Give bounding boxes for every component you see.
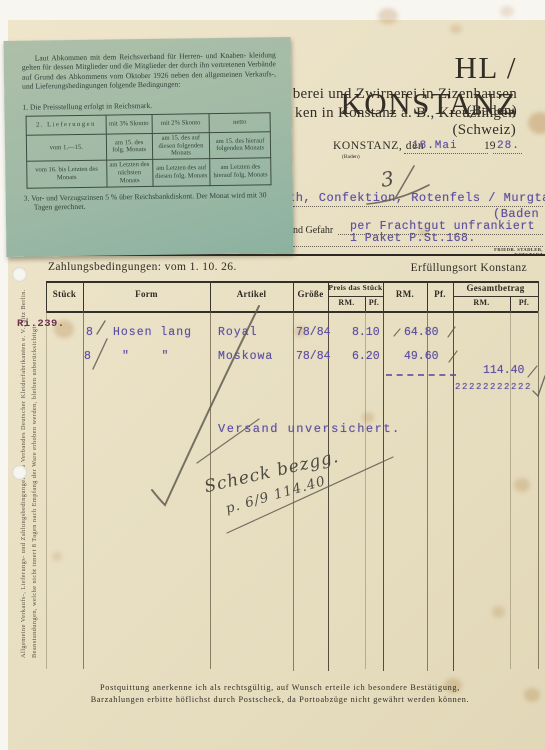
body-col-line	[427, 311, 428, 671]
col-header-form: Form	[83, 289, 210, 299]
recipient-line2-typed: (Baden	[493, 207, 539, 221]
recipient-line-typed: th, Confektion, Rotenfels / Murgtal	[288, 191, 545, 205]
body-col-line	[46, 311, 47, 669]
card-cell: am 15. des folg. Monats	[106, 133, 153, 159]
col-header-artikel: Artikel	[210, 289, 293, 299]
row2-unit-price: 6.20	[352, 350, 380, 363]
shipping-typed-2: 1 Paket P.St.168.	[350, 232, 476, 245]
date-day-month-typed: 18.Mai	[412, 140, 458, 152]
col-header-groesse: Größe	[293, 289, 328, 299]
punch-hole	[12, 465, 27, 480]
paper-stain	[450, 24, 462, 34]
body-col-line	[538, 311, 539, 669]
row2-quantity: 8	[84, 350, 91, 363]
card-cell: am 15. des hierauf folgenden Monats	[210, 132, 271, 159]
row2-amount: 49.60	[404, 350, 439, 363]
row1-amount: 64.80	[404, 326, 439, 339]
row1-size: 78/84	[296, 326, 331, 339]
row2-size: 78/84	[296, 350, 331, 363]
row1-quantity: 8	[86, 326, 93, 339]
card-cell: vom 16. bis Letzten des Monats	[27, 160, 107, 188]
gesamt-group-divider	[453, 296, 538, 297]
card-th-netto: netto	[209, 113, 270, 133]
col-line	[538, 281, 539, 311]
shipping-printed-label: nd Gefahr	[293, 225, 333, 236]
card-cell: am 15. des auf diesen folgenden Monats	[152, 133, 210, 160]
paper-stain	[52, 552, 62, 561]
paper-stain	[514, 478, 530, 492]
invoice-total: 114.40	[483, 364, 524, 377]
card-cell: am Letzten des auf diesen folg. Monats	[152, 158, 210, 186]
date-place-sub: (Baden)	[342, 154, 360, 160]
typed-dashed-line	[386, 374, 456, 376]
col-header-gesamt-rm: RM.	[453, 298, 510, 307]
card-th-skonto2: mit 2% Skonto	[152, 114, 210, 134]
date-year-typed: 28.	[497, 140, 520, 152]
footer-line-1: Postquittung anerkenne ich als rechtsgül…	[60, 683, 500, 692]
body-col-line	[453, 311, 454, 671]
col-header-gesamt-group: Gesamtbetrag	[453, 283, 538, 293]
paper-stain	[524, 688, 540, 702]
card-th-skonto3: mit 3% Skonto	[106, 114, 152, 134]
body-col-line	[365, 311, 366, 669]
typed-cancel-row: 22222222222	[455, 382, 532, 392]
paper-stain	[492, 606, 505, 618]
paper-stain	[500, 6, 514, 17]
punch-hole	[12, 267, 27, 282]
col-header-gesamt-pf: Pf.	[510, 298, 538, 307]
col-header-stueck: Stück	[46, 289, 83, 299]
preis-group-divider	[328, 296, 383, 297]
footer-line-2: Barzahlungen erbitte höflichst durch Pos…	[60, 695, 500, 704]
col-header-preis-group: Preis das Stück	[328, 283, 383, 292]
payment-terms-label: Zahlungsbedingungen: vom 1. 10. 26.	[48, 261, 237, 273]
paper-stain	[378, 8, 398, 24]
scanned-invoice: HL / KONSTANZ berei und Zwirnerei in Ziz…	[0, 0, 545, 750]
versand-note-typed: Versand unversichert.	[218, 422, 401, 436]
col-header-rm: RM.	[383, 289, 427, 299]
fulfillment-place-label: Erfüllungsort Konstanz	[387, 262, 527, 274]
card-th-lieferungen: 2. Lieferungen	[26, 115, 106, 135]
card-cell: vom 1.—15.	[26, 134, 106, 161]
card-conditions-table: 2. Lieferungen mit 3% Skonto mit 2% Skon…	[26, 112, 272, 188]
body-col-line	[328, 311, 329, 671]
row2-form-ditto: " "	[122, 350, 169, 363]
row1-unit-price: 8.10	[352, 326, 380, 339]
body-col-line	[83, 311, 84, 669]
card-item-3: 3. Vor- und Verzugszinsen 5 % über Reich…	[24, 190, 286, 213]
margin-reference-number: Ri.239.	[17, 318, 65, 330]
card-item-1: 1. Die Preisstellung erfolgt in Reichsma…	[22, 101, 152, 112]
card-cell: am Letzten des nächsten Monats	[106, 159, 153, 187]
col-header-preis-rm: RM.	[328, 298, 365, 307]
card-cell: am Letzten des hierauf folg. Monats	[210, 158, 271, 186]
margin-terms-line-2: Beanstandungen, welche nicht innert 8 Ta…	[38, 256, 50, 658]
card-paragraph: Laut Abkommen mit dem Reichsverband für …	[22, 50, 277, 91]
table-header-bottom	[46, 311, 538, 313]
col-header-preis-pf: Pf.	[365, 298, 383, 307]
body-col-line	[383, 311, 384, 671]
row2-article: Moskowa	[218, 350, 273, 363]
green-conditions-card: Laut Abkommen mit dem Reichsverband für …	[4, 37, 294, 257]
row1-form: Hosen lang	[113, 326, 192, 339]
col-header-pf: Pf.	[427, 289, 453, 299]
paper-stain	[528, 112, 545, 134]
row1-article: Royal	[218, 326, 258, 339]
